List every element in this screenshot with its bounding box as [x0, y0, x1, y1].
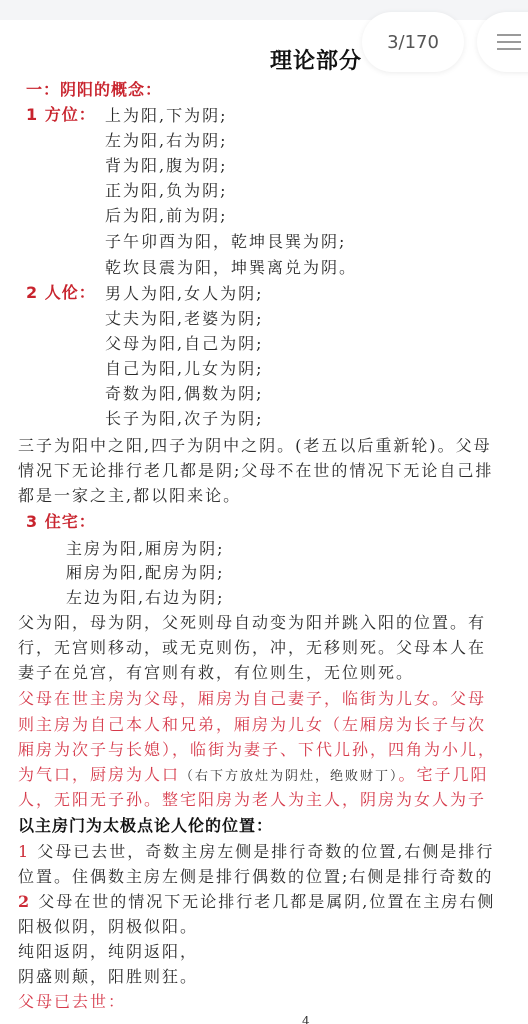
item-text: 父母已去世，奇数主房左侧是排行奇数的位置,右侧是排行: [30, 842, 494, 861]
hamburger-menu-icon: [497, 34, 521, 55]
section-heading-yinyang: 一：阴阳的概念：: [26, 78, 162, 102]
item-number: 1: [18, 842, 30, 861]
taiji-item: 1 父母已去世，奇数主房左侧是排行奇数的位置,右侧是排行: [18, 840, 494, 864]
red-paragraph-line: 人，无阳无子孙。整宅阳房为老人为主人，阴房为女人为子: [18, 788, 486, 812]
text-segment: 。宅子几阳: [399, 765, 489, 784]
saying-line: 纯阳返阴，纯阴返阳，: [18, 940, 198, 964]
renlun-line: 父母为阳,自己为阴;: [105, 332, 263, 356]
fangwei-line: 左为阳,右为阴;: [105, 129, 227, 153]
renlun-line: 奇数为阳,偶数为阴;: [105, 382, 263, 406]
red-paragraph-line: 为气口，厨房为人口（右下方放灶为阴灶，绝败财丁）。宅子几阳: [18, 763, 489, 789]
taiji-item: 位置。住偶数主房左侧是排行偶数的位置;右侧是排行奇数的: [18, 865, 493, 889]
zhuzhai-label: 3 住宅：: [26, 510, 96, 534]
fangwei-line: 上为阳,下为阴;: [105, 104, 227, 128]
zhuzhai-line: 主房为阳,厢房为阴;: [66, 537, 224, 561]
item-text: 位置。住偶数主房左侧是排行偶数的位置;右侧是排行奇数的: [18, 867, 493, 886]
paragraph-line: 行，无宫则移动，或无克则伤，冲，无移则死。父母本人在: [18, 636, 486, 660]
fangwei-line: 背为阳,腹为阴;: [105, 154, 227, 178]
page-number: 4: [302, 1014, 310, 1024]
zhuzhai-line: 厢房为阳,配房为阴;: [66, 561, 224, 585]
document-title: 理论部分: [270, 44, 362, 75]
taiji-item: 2 父母在世的情况下无论排行老几都是属阴,位置在主房右侧: [18, 890, 495, 914]
text-segment: 为气口，厨房为人口: [18, 765, 180, 784]
fangwei-line: 乾坎艮震为阳，坤巽离兑为阴。: [105, 256, 357, 280]
page-counter[interactable]: 3/170: [362, 12, 464, 72]
menu-button[interactable]: [477, 12, 528, 72]
paragraph-line: 父为阳，母为阴，父死则母自动变为阳并跳入阳的位置。有: [18, 611, 486, 635]
red-paragraph-line: 父母在世主房为父母，厢房为自己妻子，临街为儿女。父母: [18, 687, 486, 711]
renlun-label: 2 人伦：: [26, 281, 96, 305]
fangwei-line: 子午卯酉为阳，乾坤艮巽为阴;: [105, 230, 346, 254]
fangwei-label: 1 方位：: [26, 103, 96, 127]
page-counter-label: 3/170: [387, 32, 439, 53]
text-segment: 整宅阳房为老人为主人，阴房为女人为子: [162, 790, 486, 809]
taiji-heading: 以主房门为太极点论人伦的位置：: [18, 814, 273, 838]
renlun-line: 自己为阳,儿女为阴;: [105, 357, 263, 381]
final-heading: 父母已去世：: [18, 990, 126, 1014]
paragraph-line: 情况下无论排行老几都是阴;父母不在世的情况下无论自己排: [18, 459, 493, 483]
renlun-line: 男人为阳,女人为阴;: [105, 282, 263, 306]
zhuzhai-line: 左边为阳,右边为阴;: [66, 586, 224, 610]
fangwei-line: 正为阳,负为阴;: [105, 179, 227, 203]
paragraph-line: 都是一家之主,都以阳来论。: [18, 484, 241, 508]
renlun-line: 长子为阳,次子为阴;: [105, 407, 263, 431]
red-paragraph-line: 则主房为自己本人和兄弟，厢房为儿女（左厢房为长子与次: [18, 713, 486, 737]
red-paragraph-line: 厢房为次子与长媳），临街为妻子、下代儿孙，四角为小儿，: [18, 738, 496, 762]
item-number: 2: [18, 892, 31, 911]
text-segment: 人，无阳无子孙。: [18, 790, 162, 809]
item-text: 父母在世的情况下无论排行老几都是属阴,位置在主房右侧: [31, 892, 495, 911]
saying-line: 阳极似阴，阴极似阳。: [18, 915, 198, 939]
paragraph-line: 妻子在兑宫，有宫则有救，有位则生，无位则死。: [18, 661, 414, 685]
saying-line: 阴盛则颠，阳胜则狂。: [18, 965, 198, 989]
renlun-line: 丈夫为阳,老婆为阴;: [105, 307, 263, 331]
paragraph-line: 三子为阳中之阳,四子为阴中之阴。(老五以后重新轮)。父母: [18, 434, 492, 458]
note-segment: （右下方放灶为阴灶，绝败财丁）: [180, 769, 399, 784]
fangwei-line: 后为阳,前为阴;: [105, 204, 227, 228]
